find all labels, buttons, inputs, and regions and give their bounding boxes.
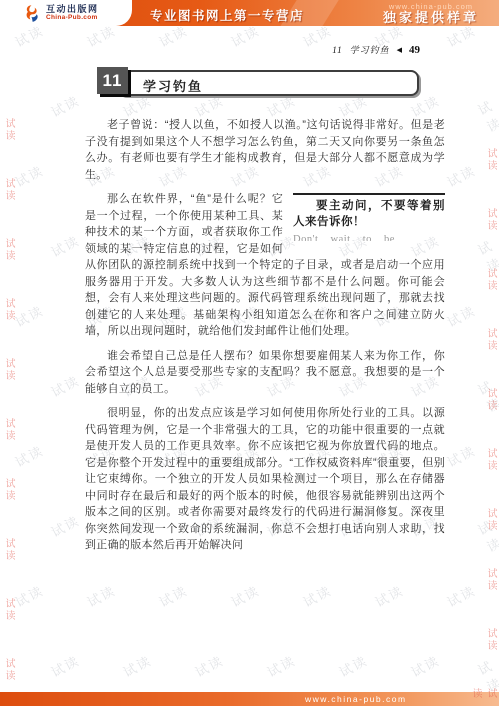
edge-watermark-right: 试读: [483, 388, 498, 412]
sample-chapter-tagline: 独家提供样章: [383, 11, 479, 26]
trial-watermark: 试读: [47, 370, 82, 401]
paragraph-3: 谁会希望自己总是任人摆布？如果你想要雇佣某人来为你工作，你会希望这个人总是要受那…: [85, 348, 445, 398]
logo-text-group: 互动出版网 China-Pub.com: [46, 5, 99, 22]
topbar-right-group: www.china-pub.com 独家提供样章: [383, 2, 479, 26]
trial-watermark: 试读: [474, 654, 499, 696]
edge-watermark-left: 试读: [1, 178, 16, 202]
trial-watermark: 试读: [443, 160, 478, 191]
trial-watermark: 试读: [263, 650, 298, 681]
edge-watermark-right: 试读: [483, 208, 498, 232]
trial-watermark: 试读: [11, 580, 46, 611]
book-preview-page: 互动出版网 China-Pub.com 专业图书网上第一专营店 www.chin…: [0, 0, 499, 706]
edge-watermark-left: 试读: [1, 358, 16, 382]
trial-watermark: 试读: [407, 650, 442, 681]
trial-watermark: 试读: [47, 510, 82, 541]
trial-watermark: 试读: [11, 440, 46, 471]
edge-watermark-left: 试读: [1, 238, 16, 262]
site-logo: 互动出版网 China-Pub.com: [0, 0, 132, 26]
trial-watermark: 试读: [83, 580, 118, 611]
trial-watermark: 试读: [443, 580, 478, 611]
chapter-heading: 11 学习钓鱼: [97, 67, 419, 101]
edge-watermark-left: 试读: [1, 478, 16, 502]
trial-watermark: 试读: [227, 580, 262, 611]
chapter-number-tile: 11: [97, 67, 128, 94]
store-slogan: 专业图书网上第一专营店: [150, 6, 304, 24]
paragraph-2: 要主动问，不要等着别人来告诉你！ Don't wait to be 那么在软件界…: [85, 191, 445, 340]
trial-watermark: 试读: [11, 160, 46, 191]
edge-watermark-right: 试读: [483, 508, 498, 532]
edge-watermark-right: 试读: [483, 568, 498, 592]
trial-watermark: 试读: [191, 650, 226, 681]
trial-watermark: 试读: [474, 234, 499, 276]
top-site-bar: 互动出版网 China-Pub.com 专业图书网上第一专营店 www.chin…: [0, 0, 499, 26]
trial-watermark: 试读: [474, 514, 499, 556]
trial-watermark: 试读: [474, 94, 499, 136]
trial-watermark: 试读: [47, 90, 82, 121]
edge-watermark-left: 试读: [1, 538, 16, 562]
edge-watermark-left: 试读: [1, 598, 16, 622]
trial-watermark: 试读: [155, 580, 190, 611]
trial-watermark: 试读: [47, 650, 82, 681]
edge-watermark-right: 试读: [483, 328, 498, 352]
edge-watermark-right: 试读: [483, 628, 498, 652]
running-head-page-number: 49: [409, 44, 420, 56]
chapter-title-text: 学习钓鱼: [143, 76, 203, 95]
left-triangle-marker-icon: ◀: [397, 46, 402, 54]
edge-watermark-left: 试读: [1, 298, 16, 322]
pullquote-english-text: Don't wait to be: [293, 232, 445, 241]
trial-watermark: 试读: [371, 580, 406, 611]
trial-watermark: 试读: [335, 650, 370, 681]
edge-watermark-left: 试读: [1, 658, 16, 682]
trial-watermark: 试读: [11, 300, 46, 331]
logo-site-domain: China-Pub.com: [46, 15, 99, 22]
trial-watermark: 试读: [299, 580, 334, 611]
bottom-site-bar: www.china-pub.com: [0, 692, 499, 706]
logo-site-name: 互动出版网: [46, 5, 99, 14]
edge-watermark-left: 试读: [1, 118, 16, 142]
trial-watermark: 试读: [47, 230, 82, 261]
trial-watermark: 试读: [443, 440, 478, 471]
edge-watermark-right: 试读: [483, 148, 498, 172]
edge-watermark-left: 试读: [1, 418, 16, 442]
pullquote-rule: [293, 193, 445, 195]
china-pub-swirl-icon: [22, 4, 41, 23]
running-head-chapter-number: 11: [332, 45, 342, 55]
edge-watermark-right: 试读: [483, 448, 498, 472]
trial-watermark: 试读: [474, 374, 499, 416]
chapter-body: 老子曾说：“授人以鱼，不如授人以渔。”这句话说得非常好。但是老子没有提到如果这个…: [85, 117, 445, 562]
pullquote-box: 要主动问，不要等着别人来告诉你！ Don't wait to be: [293, 193, 445, 241]
running-head: 11 学习钓鱼 ◀ 49: [332, 43, 420, 56]
running-head-chapter-title: 学习钓鱼: [350, 43, 390, 56]
trial-watermark: 试读: [119, 650, 154, 681]
paragraph-1: 老子曾说：“授人以鱼，不如授人以渔。”这句话说得非常好。但是老子没有提到如果这个…: [85, 117, 445, 183]
paragraph-4: 很明显，你的出发点应该是学习如何使用你所处行业的工具。以源代码管理为例，它是一个…: [85, 405, 445, 554]
footer-site-url: www.china-pub.com: [305, 694, 407, 704]
edge-watermark-right: 试读: [483, 268, 498, 292]
pullquote-chinese-text: 要主动问，不要等着别人来告诉你！: [293, 198, 445, 230]
trial-watermark: 试读: [443, 300, 478, 331]
